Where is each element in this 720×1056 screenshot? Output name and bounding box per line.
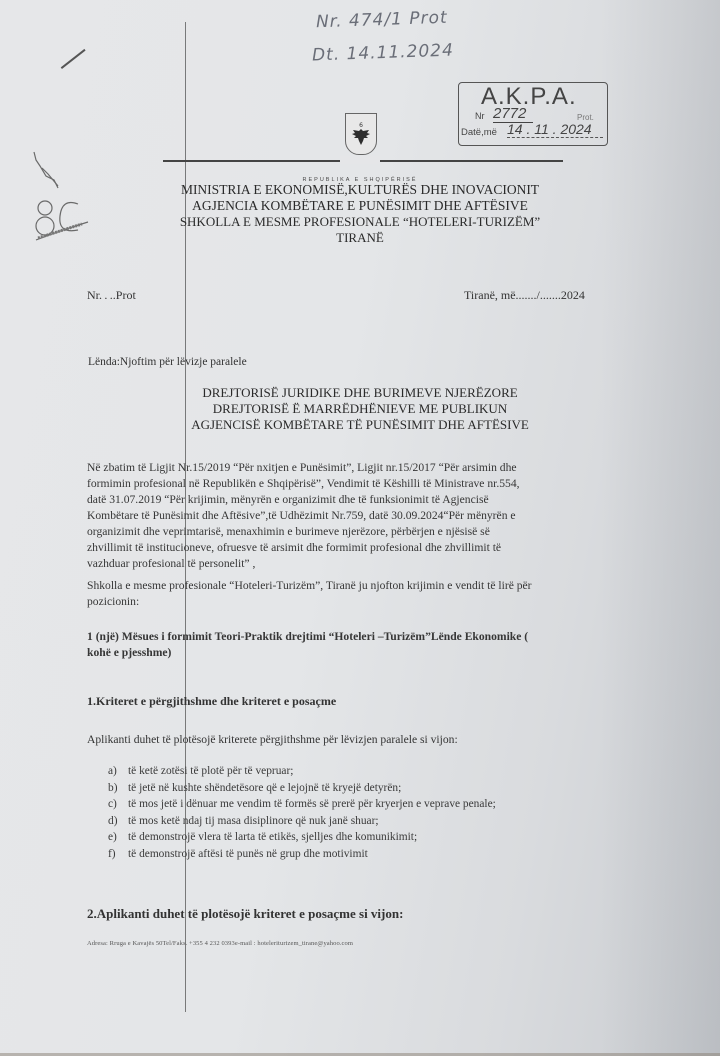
legal-basis-paragraph: Në zbatim të Ligjit Nr.15/2019 “Për nxit… xyxy=(87,460,632,572)
recipient-3: AGJENCISË KOMBËTARE TË PUNËSIMIT DHE AFT… xyxy=(0,417,720,433)
recipient-2: DREJTORISË Ë MARRËDHËNIEVE ME PUBLIKUN xyxy=(0,401,720,417)
list-item: a)të ketë zotësi të plotë për të vepruar… xyxy=(108,763,496,780)
stamp-date-value: 14 . 11 . 2024 xyxy=(507,121,603,138)
list-item: b)të jetë në kushte shëndetësore që e le… xyxy=(108,780,496,797)
handwritten-date: Dt. 14.11.2024 xyxy=(312,41,455,66)
handwritten-protocol-number: Nr. 474/1 Prot xyxy=(316,8,448,33)
position-title: 1 (një) Mësues i formimit Teori-Praktik … xyxy=(87,629,632,661)
section-2-heading: 2.Aplikanti duhet të plotësojë kriteret … xyxy=(87,906,403,922)
list-item: d)të mos ketë ndaj tij masa disiplinore … xyxy=(108,813,496,830)
place-and-date: Tiranë, më......./.......2024 xyxy=(464,288,585,303)
pen-mark xyxy=(61,49,86,69)
stamp-nr-label: Nr xyxy=(475,111,485,121)
scanned-letter-page: Nr. 474/1 Prot Dt. 14.11.2024 A.K.P.A. N… xyxy=(0,0,720,1056)
agency-name: AGJENCIA KOMBËTARE E PUNËSIMIT DHE AFTËS… xyxy=(0,198,720,214)
footer-address: Adresa: Rruga e Kavajës 50Tel/Faks. +355… xyxy=(87,940,353,947)
announcement-paragraph: Shkolla e mesme profesionale “Hoteleri-T… xyxy=(87,578,632,610)
general-criteria-list: a)të ketë zotësi të plotë për të vepruar… xyxy=(108,763,496,862)
school-name: SHKOLLA E MESME PROFESIONALE “HOTELERI-T… xyxy=(0,214,720,230)
albania-eagle-crest-icon: 6 xyxy=(345,113,377,155)
city-name: TIRANË xyxy=(0,230,720,246)
protocol-number: Nr. . ..Prot xyxy=(87,288,136,303)
list-item: c)të mos jetë i dënuar me vendim të form… xyxy=(108,796,496,813)
stamp-date-label: Datë,më xyxy=(461,127,497,138)
subject-line: Lënda:Njoftim për lëvizje paralele xyxy=(88,356,247,368)
ministry-name: MINISTRIA E EKONOMISË,KULTURËS DHE INOVA… xyxy=(0,182,720,198)
section-1-heading: 1.Kriteret e përgjithshme dhe kriteret e… xyxy=(87,694,336,709)
section-1-intro: Aplikanti duhet të plotësojë kriterete p… xyxy=(87,733,458,746)
akpa-registration-stamp: A.K.P.A. Nr 2772 Prot. Datë,më 14 . 11 .… xyxy=(458,82,608,146)
list-item: e)të demonstrojë vlera të larta të etikë… xyxy=(108,829,496,846)
list-item: f)të demonstrojë aftësi të punës në grup… xyxy=(108,846,496,863)
svg-text:6: 6 xyxy=(359,122,363,129)
recipient-1: DREJTORISË JURIDIKE DHE BURIMEVE NJERËZO… xyxy=(0,385,720,401)
